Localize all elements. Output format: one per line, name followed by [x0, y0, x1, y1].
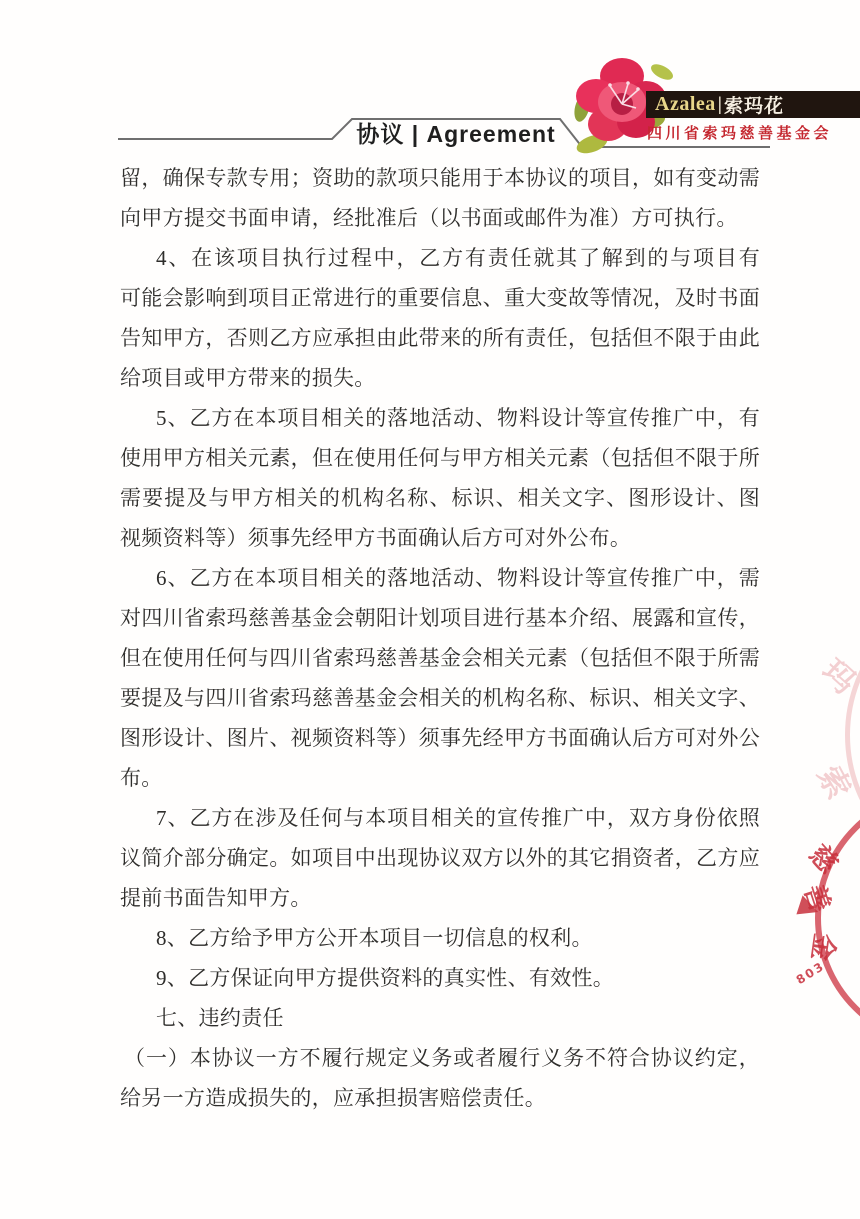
body-line: 向甲方提交书面申请，经批准后（以书面或邮件为准）方可执行。	[120, 198, 760, 238]
body-line: 议简介部分确定。如项目中出现协议双方以外的其它捐资者，乙方应	[120, 838, 760, 878]
foundation-name: 四川省索玛慈善基金会	[647, 122, 852, 143]
logo-name-cn: 索玛花	[724, 91, 784, 118]
body-line: 给项目或甲方带来的损失。	[120, 358, 760, 398]
body-line: 给另一方造成损失的，应承担损害赔偿责任。	[120, 1078, 760, 1118]
body-line: （一）本协议一方不履行规定义务或者履行义务不符合协议约定，	[120, 1038, 760, 1078]
official-seal-fragment-lower	[815, 788, 860, 1048]
seal-character: 金	[804, 931, 846, 963]
body-line: 布。	[120, 758, 760, 798]
body-line: 使用甲方相关元素，但在使用任何与甲方相关元素（包括但不限于所	[120, 438, 760, 478]
body-line: 视频资料等）须事先经甲方书面确认后方可对外公布。	[120, 518, 760, 558]
body-line: 8、乙方给予甲方公开本项目一切信息的权利。	[120, 918, 760, 958]
body-line: 6、乙方在本项目相关的落地活动、物料设计等宣传推广中，需要	[120, 558, 760, 598]
body-line: 图形设计、图片、视频资料等）须事先经甲方书面确认后方可对外公	[120, 718, 760, 758]
body-line: 可能会影响到项目正常进行的重要信息、重大变故等情况，及时书面	[120, 278, 760, 318]
body-line: 留，确保专款专用；资助的款项只能用于本协议的项目，如有变动需	[120, 158, 760, 198]
seal-serial-digits: 803	[794, 959, 828, 987]
seal-character: 索	[808, 756, 860, 806]
body-line: 告知甲方，否则乙方应承担由此带来的所有责任，包括但不限于由此	[120, 318, 760, 358]
body-line: 9、乙方保证向甲方提供资料的真实性、有效性。	[120, 958, 760, 998]
body-line: 7、乙方在涉及任何与本项目相关的宣传推广中，双方身份依照协	[120, 798, 760, 838]
body-line: 提前书面告知甲方。	[120, 878, 760, 918]
page-title: 协议 | Agreement	[348, 119, 564, 149]
body-line: 4、在该项目执行过程中，乙方有责任就其了解到的与项目有关、	[120, 238, 760, 278]
scanned-agreement-page: 协议 | Agreement Azalea | 索玛花 四川省索玛慈善基金会 留…	[0, 0, 860, 1219]
body-line: 对四川省索玛慈善基金会朝阳计划项目进行基本介绍、展露和宣传，	[120, 598, 760, 638]
body-line: 但在使用任何与四川省索玛慈善基金会相关元素（包括但不限于所需	[120, 638, 760, 678]
logo-divider: |	[718, 94, 722, 116]
logo-banner: Azalea | 索玛花	[646, 91, 860, 118]
logo-name-en: Azalea	[655, 93, 716, 116]
body-line: 要提及与四川省索玛慈善基金会相关的机构名称、标识、相关文字、	[120, 678, 760, 718]
body-line: 需要提及与甲方相关的机构名称、标识、相关文字、图形设计、图片、	[120, 478, 760, 518]
body-line: 5、乙方在本项目相关的落地活动、物料设计等宣传推广中，有权	[120, 398, 760, 438]
agreement-body-text: 留，确保专款专用；资助的款项只能用于本协议的项目，如有变动需 向甲方提交书面申请…	[120, 158, 760, 1118]
body-line: 七、违约责任	[120, 998, 760, 1038]
